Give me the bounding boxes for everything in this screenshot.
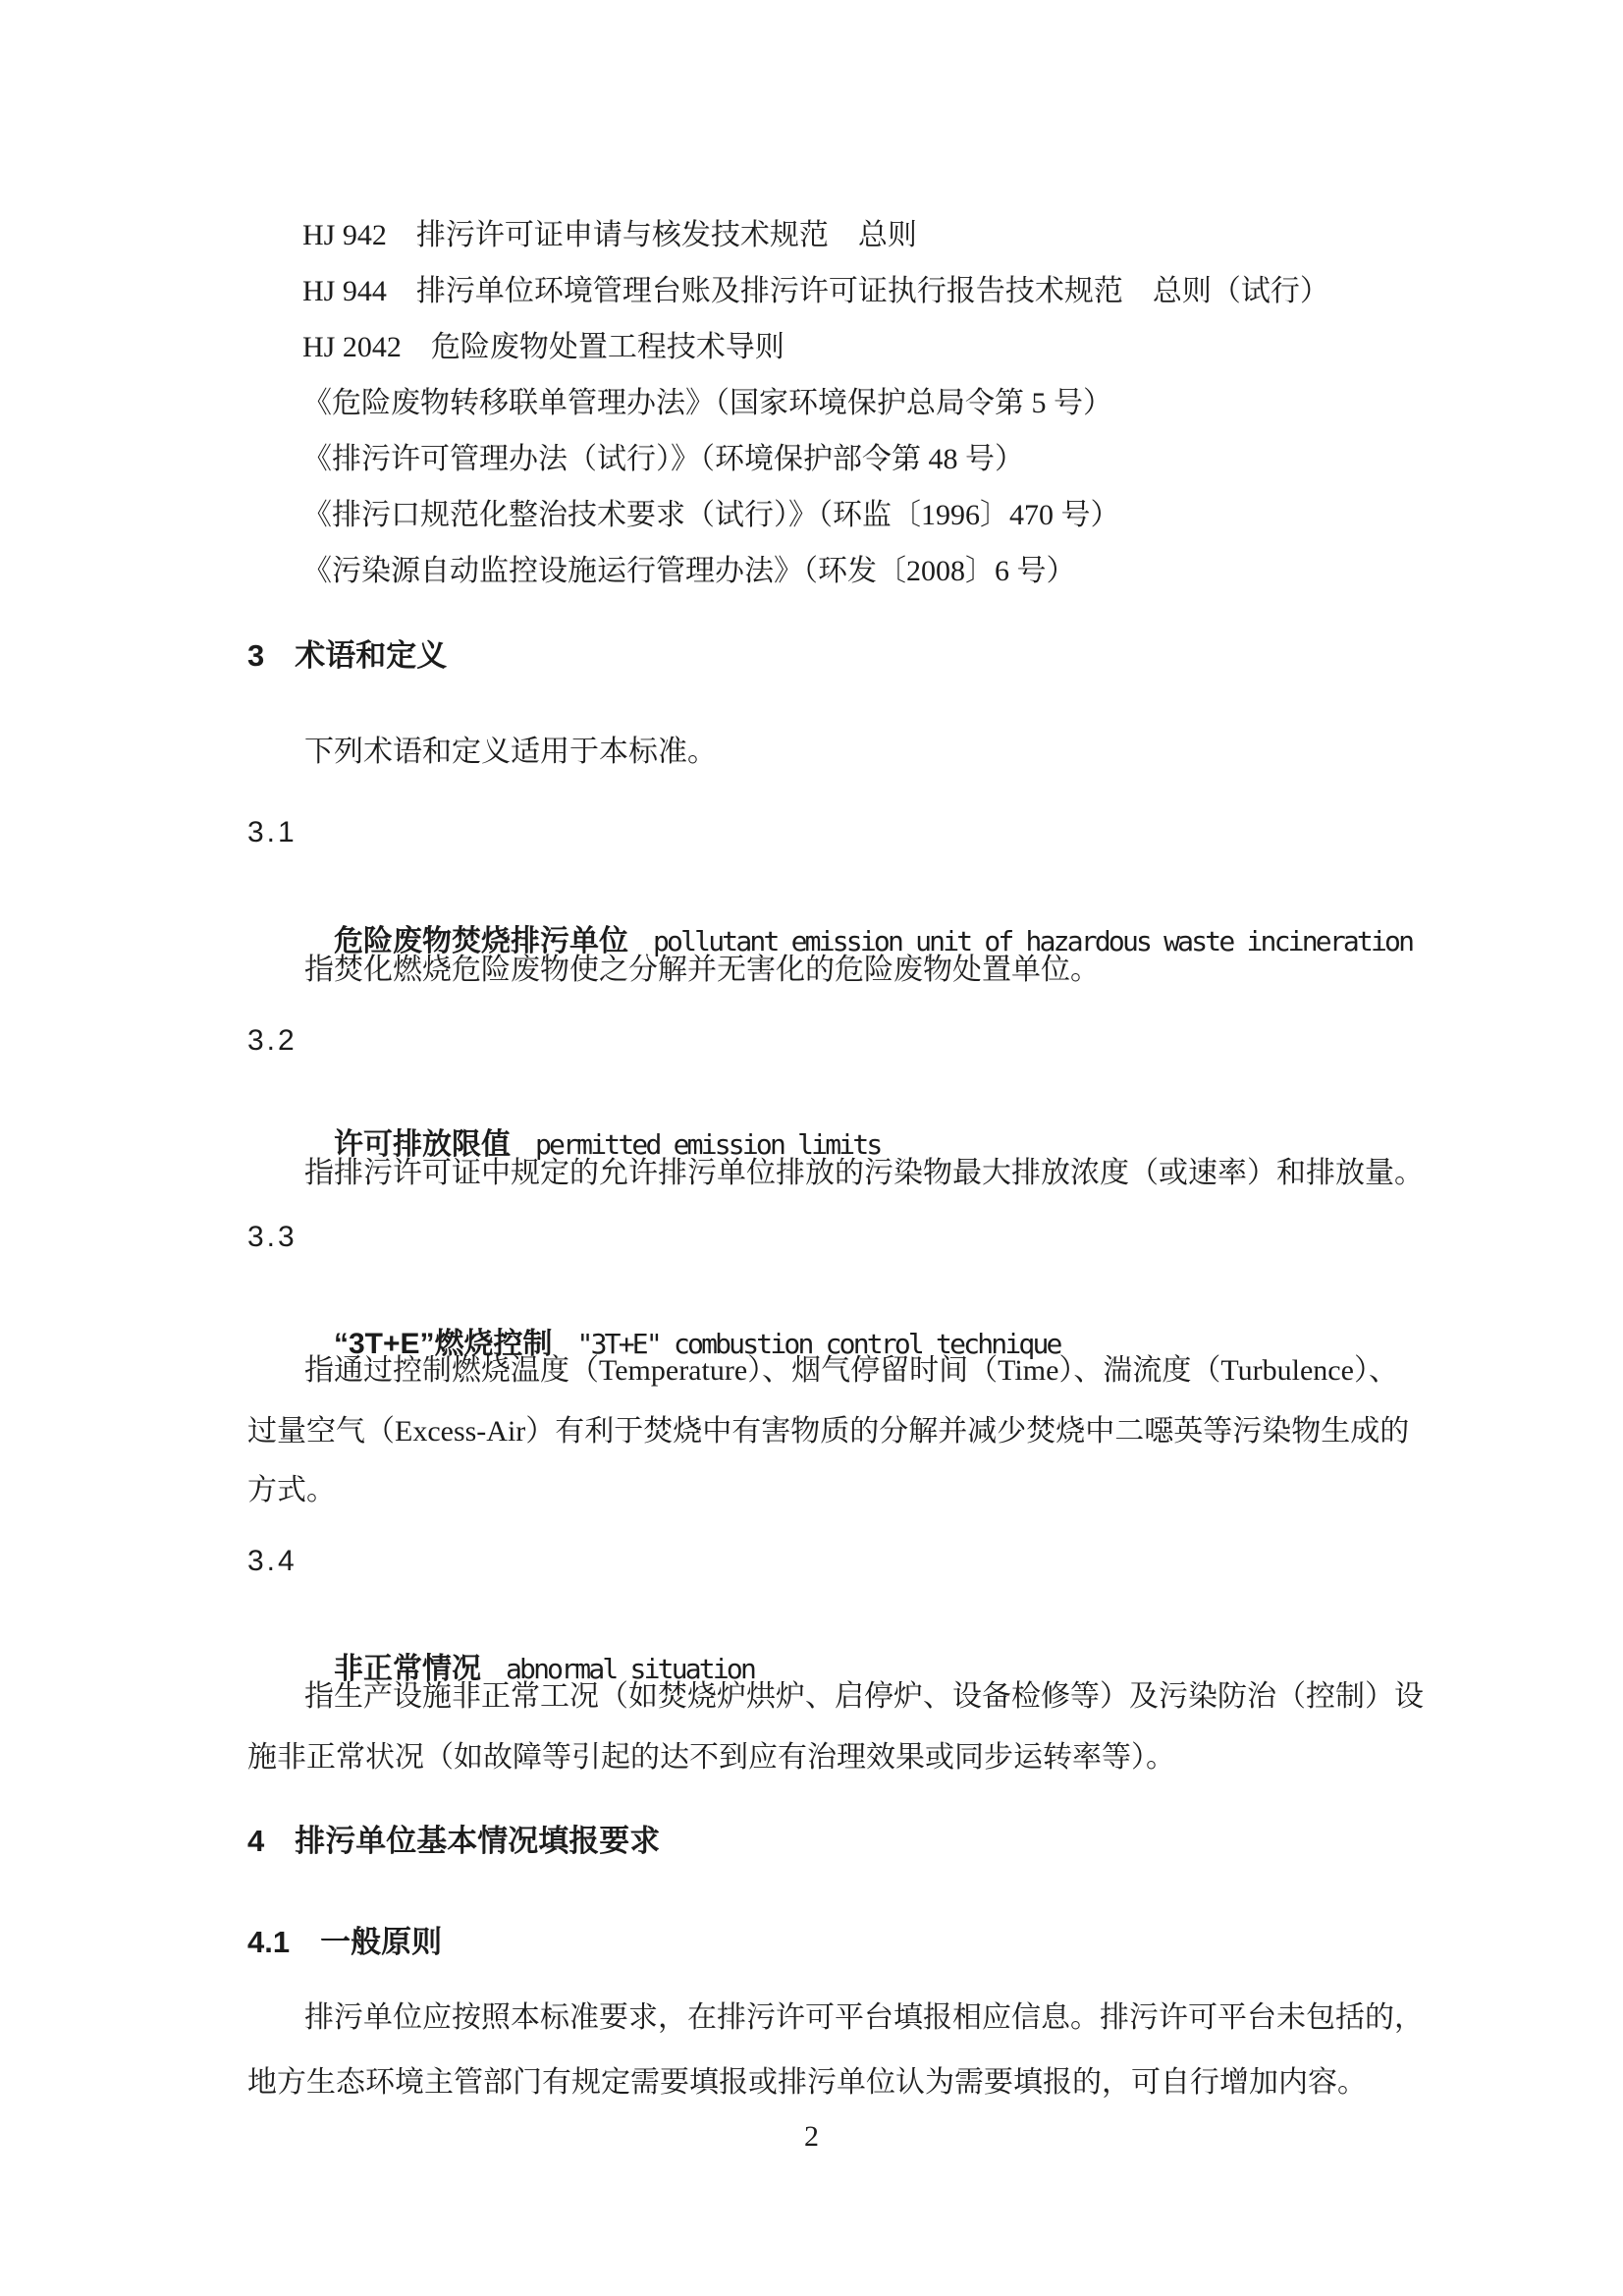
reference-line: HJ 944 排污单位环境管理台账及排污许可证执行报告技术规范 总则（试行） <box>302 274 1329 309</box>
reference-line: HJ 942 排污许可证申请与核发技术规范 总则 <box>302 218 917 253</box>
reference-line: 《污染源自动监控设施运行管理办法》（环发〔2008〕6 号） <box>302 554 1076 589</box>
section-4-1-heading: 4.1 一般原则 <box>247 1925 442 1960</box>
definition-line: 指焚化燃烧危险废物使之分解并无害化的危险废物处置单位。 <box>304 953 1100 988</box>
term-number: 3.3 <box>247 1220 298 1255</box>
paragraph-line: 排污单位应按照本标准要求，在排污许可平台填报相应信息。排污许可平台未包括的， <box>304 2000 1424 2036</box>
term-number: 3.1 <box>247 815 298 850</box>
reference-line: HJ 2042 危险废物处置工程技术导则 <box>302 330 784 365</box>
paragraph-line: 地方生态环境主管部门有规定需要填报或排污单位认为需要填报的，可自行增加内容。 <box>247 2065 1367 2101</box>
page-number: 2 <box>0 2119 1623 2155</box>
definition-line: 指通过控制燃烧温度（Temperature）、烟气停留时间（Time）、湍流度（… <box>304 1353 1398 1389</box>
reference-line: 《排污口规范化整治技术要求（试行）》（环监〔1996〕470 号） <box>302 498 1120 533</box>
reference-line: 《危险废物转移联单管理办法》（国家环境保护总局令第 5 号） <box>302 386 1112 421</box>
term-number: 3.2 <box>247 1023 298 1059</box>
reference-line: 《排污许可管理办法（试行）》（环境保护部令第 48 号） <box>302 442 1024 477</box>
definition-line: 指排污许可证中规定的允许排污单位排放的污染物最大排放浓度（或速率）和排放量。 <box>304 1156 1424 1191</box>
definition-line: 指生产设施非正常工况（如焚烧炉烘炉、启停炉、设备检修等）及污染防治（控制）设 <box>304 1679 1424 1715</box>
definition-line: 过量空气（Excess-Air）有利于焚烧中有害物质的分解并减少焚烧中二噁英等污… <box>247 1414 1409 1449</box>
term-number: 3.4 <box>247 1544 298 1579</box>
definition-line: 方式。 <box>247 1473 336 1508</box>
section-3-intro: 下列术语和定义适用于本标准。 <box>304 735 717 770</box>
section-3-heading: 3 术语和定义 <box>247 638 447 674</box>
document-page: HJ 942 排污许可证申请与核发技术规范 总则 HJ 944 排污单位环境管理… <box>0 0 1623 2296</box>
definition-line: 施非正常状况（如故障等引起的达不到应有治理效果或同步运转率等）。 <box>247 1740 1175 1776</box>
section-4-heading: 4 排污单位基本情况填报要求 <box>247 1824 660 1859</box>
